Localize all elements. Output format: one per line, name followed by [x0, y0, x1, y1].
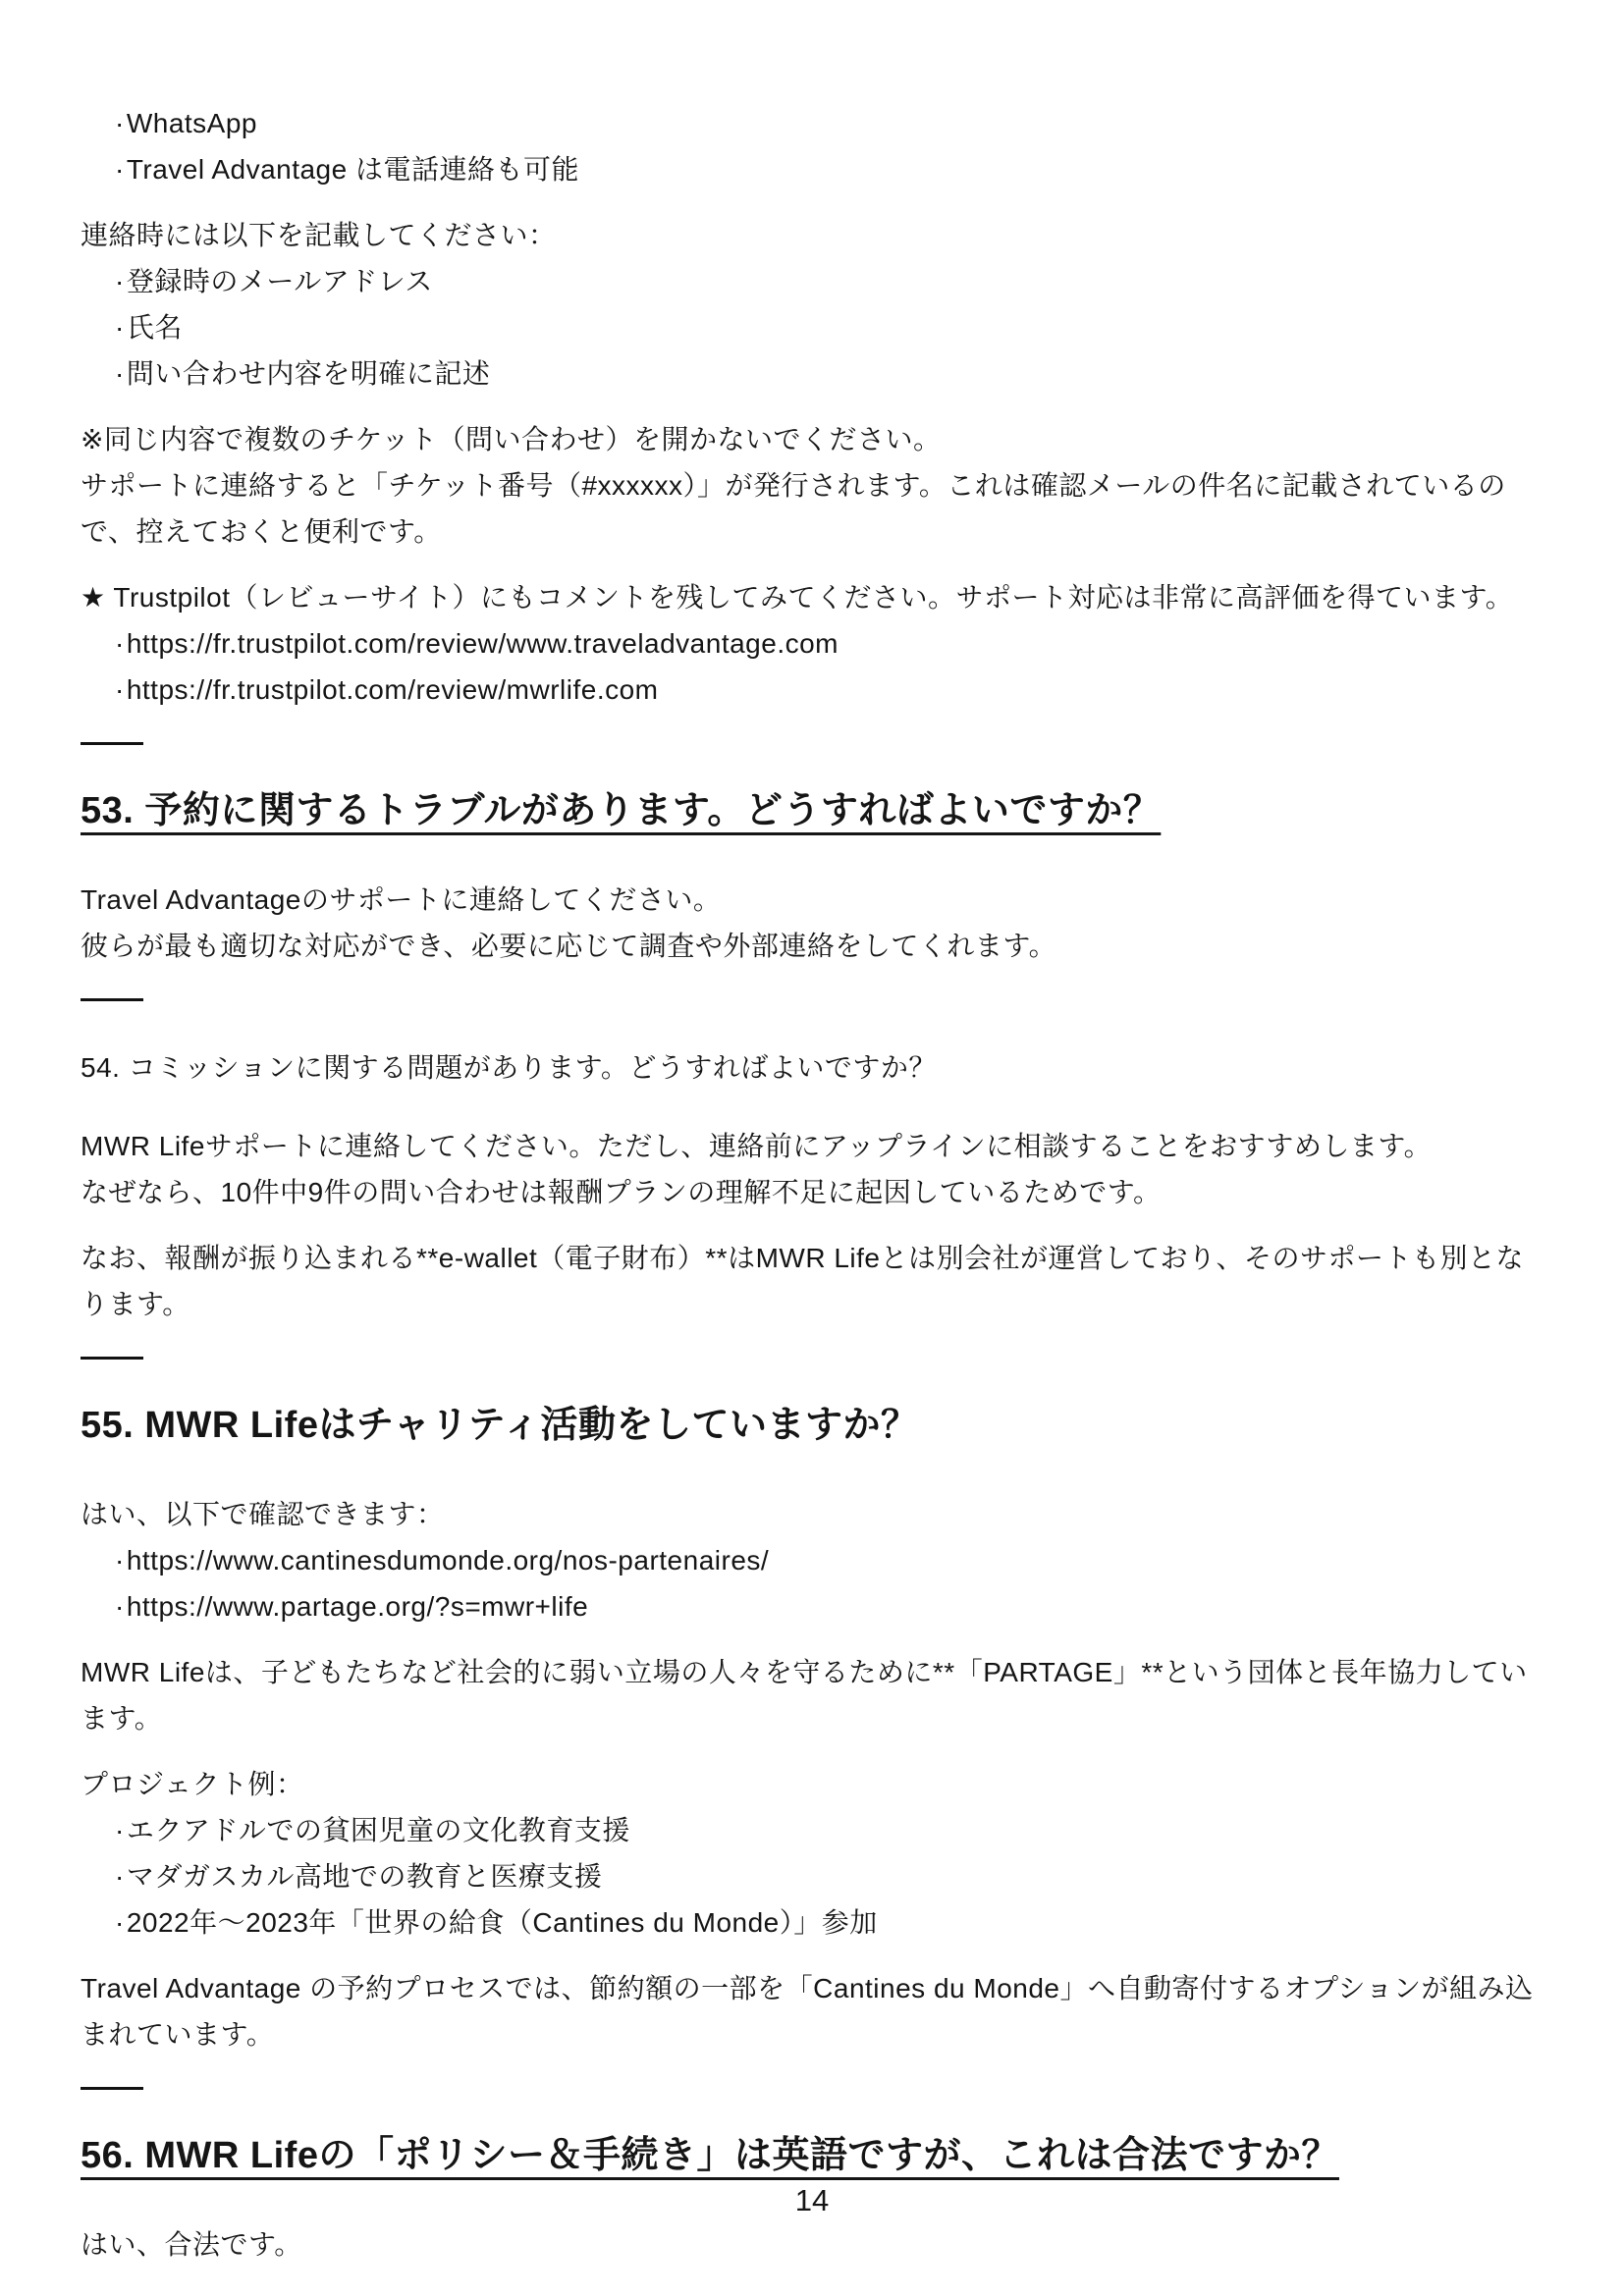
ticket-warning-text: ※同じ内容で複数のチケット（問い合わせ）を開かないでください。 — [81, 416, 1543, 462]
list-item: ·登録時のメールアドレス — [81, 258, 1543, 304]
list-item: ·https://fr.trustpilot.com/review/mwrlif… — [81, 667, 1543, 713]
partage-note: MWR Lifeは、子どもたちなど社会的に弱い立場の人々を守るために**「PAR… — [81, 1649, 1543, 1741]
project-item-text: 2022年〜2023年「世界の給食（Cantines du Monde）」参加 — [127, 1907, 878, 1938]
ewallet-note: なお、報酬が振り込まれる**e-wallet（電子財布）**はMWR Lifeと… — [81, 1235, 1543, 1327]
projects-title: プロジェクト例： — [81, 1761, 1543, 1807]
section-divider — [81, 998, 143, 1001]
question-56-answer: はい、合法です。 — [81, 2221, 1543, 2268]
document-page: ·WhatsApp ·Travel Advantage は電話連絡も可能 連絡時… — [0, 0, 1624, 2296]
list-item-text: 問い合わせ内容を明確に記述 — [127, 358, 491, 389]
question-55-answer-intro-block: はい、以下で確認できます： ·https://www.cantinesdumon… — [81, 1491, 1543, 1629]
list-item-text: 登録時のメールアドレス — [127, 266, 433, 296]
question-54-answer: MWR Lifeサポートに連絡してください。ただし、連絡前にアップラインに相談す… — [81, 1123, 1543, 1215]
list-item: ·https://www.partage.org/?s=mwr+life — [81, 1583, 1543, 1629]
question-55-heading: 55. MWR Lifeはチャリティ活動をしていますか？ — [81, 1403, 1543, 1448]
bullet-dot: · — [115, 1907, 125, 1938]
list-item: ·2022年〜2023年「世界の給食（Cantines du Monde）」参加 — [81, 1899, 1543, 1946]
page-number: 14 — [0, 2181, 1624, 2220]
bullet-dot: · — [115, 154, 125, 185]
donation-note: Travel Advantage の予約プロセスでは、節約額の一部を「Canti… — [81, 1965, 1543, 2057]
list-item-text: WhatsApp — [127, 108, 257, 138]
project-item-text: エクアドルでの貧困児童の文化教育支援 — [127, 1815, 630, 1845]
project-item-text: マダガスカル高地での教育と医療支援 — [127, 1861, 603, 1892]
contact-method-list: ·WhatsApp ·Travel Advantage は電話連絡も可能 — [81, 100, 1543, 192]
trustpilot-link-mwrlife[interactable]: https://fr.trustpilot.com/review/mwrlife… — [127, 674, 659, 705]
trustpilot-link-traveladvantage[interactable]: https://fr.trustpilot.com/review/www.tra… — [127, 628, 839, 659]
contact-requirements-block: 連絡時には以下を記載してください： ·登録時のメールアドレス ·氏名 ·問い合わ… — [81, 212, 1543, 397]
answer-intro-text: はい、以下で確認できます： — [81, 1491, 1543, 1537]
bullet-dot: · — [115, 266, 125, 296]
question-54-heading: 54. コミッションに関する問題があります。どうすればよいですか？ — [81, 1044, 1543, 1091]
answer-line: 彼らが最も適切な対応ができ、必要に応じて調査や外部連絡をしてくれます。 — [81, 923, 1543, 969]
section-divider — [81, 1357, 143, 1360]
bullet-dot: · — [115, 358, 125, 389]
bullet-dot: · — [115, 1591, 125, 1622]
list-item-text: 氏名 — [127, 312, 183, 343]
ticket-info-text: サポートに連絡すると「チケット番号（#xxxxxx）」が発行されます。これは確認… — [81, 462, 1543, 555]
bullet-dot: · — [115, 628, 125, 659]
charity-link-cantinesdumonde[interactable]: https://www.cantinesdumonde.org/nos-part… — [127, 1545, 769, 1575]
list-item: ·エクアドルでの貧困児童の文化教育支援 — [81, 1807, 1543, 1853]
bullet-dot: · — [115, 674, 125, 705]
trustpilot-block: ★ Trustpilot（レビューサイト）にもコメントを残してみてください。サポ… — [81, 574, 1543, 713]
contact-requirements-title: 連絡時には以下を記載してください： — [81, 212, 1543, 258]
bullet-dot: · — [115, 1815, 125, 1845]
charity-link-partage[interactable]: https://www.partage.org/?s=mwr+life — [127, 1591, 588, 1622]
bullet-dot: · — [115, 108, 125, 138]
bullet-dot: · — [115, 1545, 125, 1575]
answer-line: なぜなら、10件中9件の問い合わせは報酬プランの理解不足に起因しているためです。 — [81, 1169, 1543, 1215]
bullet-dot: · — [115, 312, 125, 343]
list-item: ·氏名 — [81, 304, 1543, 350]
ticket-note-block: ※同じ内容で複数のチケット（問い合わせ）を開かないでください。 サポートに連絡す… — [81, 416, 1543, 555]
list-item: ·https://www.cantinesdumonde.org/nos-par… — [81, 1537, 1543, 1583]
list-item: ·Travel Advantage は電話連絡も可能 — [81, 146, 1543, 192]
bullet-dot: · — [115, 1861, 125, 1892]
section-divider — [81, 742, 143, 745]
question-56-heading: 56. MWR Lifeの「ポリシー＆手続き」は英語ですが、これは合法ですか？ — [81, 2133, 1543, 2178]
list-item: ·WhatsApp — [81, 100, 1543, 146]
list-item-text: Travel Advantage は電話連絡も可能 — [127, 154, 579, 185]
section-divider — [81, 2087, 143, 2090]
list-item: ·問い合わせ内容を明確に記述 — [81, 350, 1543, 397]
answer-line: Travel Advantageのサポートに連絡してください。 — [81, 877, 1543, 923]
list-item: ·https://fr.trustpilot.com/review/www.tr… — [81, 620, 1543, 667]
trustpilot-note-text: ★ Trustpilot（レビューサイト）にもコメントを残してみてください。サポ… — [81, 574, 1543, 620]
projects-block: プロジェクト例： ·エクアドルでの貧困児童の文化教育支援 ·マダガスカル高地での… — [81, 1761, 1543, 1946]
answer-line: MWR Lifeサポートに連絡してください。ただし、連絡前にアップラインに相談す… — [81, 1123, 1543, 1169]
question-53-heading: 53. 予約に関するトラブルがあります。どうすればよいですか？ — [81, 788, 1543, 833]
list-item: ·マダガスカル高地での教育と医療支援 — [81, 1853, 1543, 1899]
question-53-answer: Travel Advantageのサポートに連絡してください。 彼らが最も適切な… — [81, 877, 1543, 969]
